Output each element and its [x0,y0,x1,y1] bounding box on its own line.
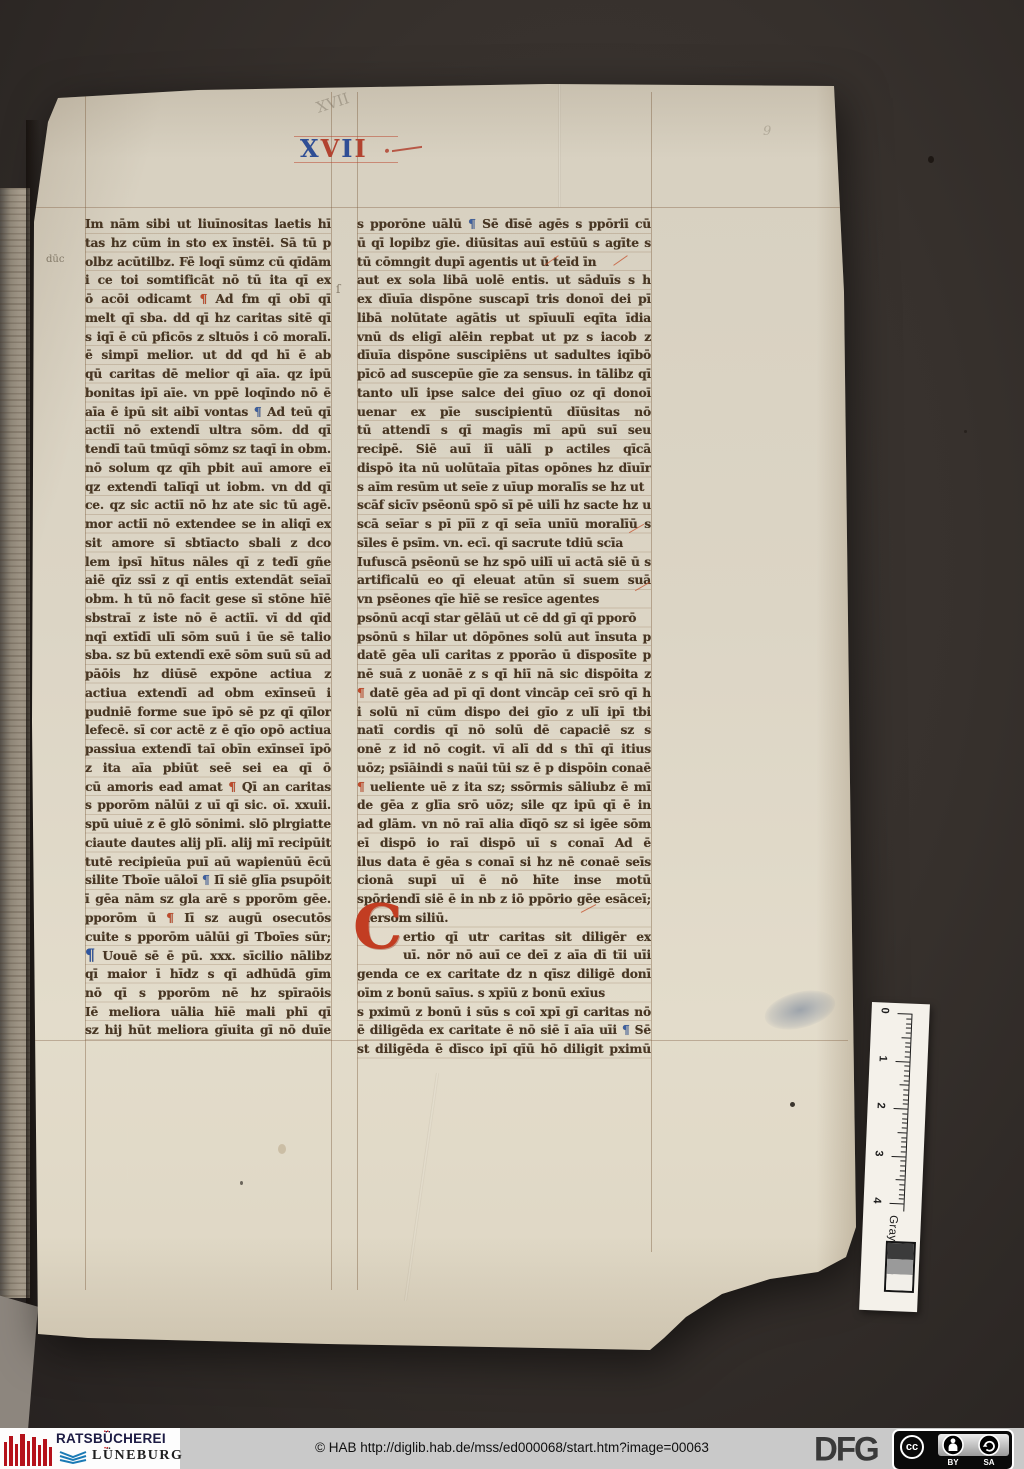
manuscript-text-line: ō acōi odicamt ¶ Ad fm qī obī qī accōs ū… [85,290,331,309]
manuscript-text-line: sīles ē psīm. vn. ecī. qī sacrute tdiū s… [357,534,651,553]
ruler-tick [890,1203,904,1205]
manuscript-text-line: ¶ Uouē sē ē pū. xxx. sīcilio nālibz uītē… [85,946,331,965]
manuscript-text-line: scāf sicīv psēonū spō sī pē uilī hz sact… [357,496,651,515]
manuscript-text-line: i ce toi somtificāt nō tū ita qī ex pīnc… [85,271,331,290]
pencil-sketch-numeral: XVII [314,89,351,116]
ruler-tick [900,1084,909,1086]
ruler-tick [906,1023,912,1024]
manuscript-text-line: melt qī sba. dd qī hz caritas sitē qī me… [85,309,331,328]
ruler-tick [892,1155,906,1157]
dfg-logo: DFG [814,1429,878,1469]
ruler-tick [900,1146,906,1147]
manuscript-text-line: s pporōne uālū ¶ Sē dīsē agēs s ppōriī c… [357,215,651,234]
ruler-tick [904,1070,910,1071]
ruler-number: 0 [878,1007,891,1021]
manuscript-text-line: tutē recipieūa puī aū wapienūū ēcū septa… [85,853,331,872]
manuscript-text-line: dīuīa dispōne suscipiēns ut sadultes iqī… [357,346,651,365]
manuscript-text-line: vnū ds eligī alēin repbat ut pz s iacob … [357,328,651,347]
manuscript-text-line: sbstraī z iste nō ē actiī. vī dd qīd act… [85,609,331,628]
ruling-line [651,92,652,1252]
manuscript-text-line: recipē. Siē auī iī uālī p actiles qīcā s… [357,440,651,459]
manuscript-text-line: cionā supī uī ē nō hīte inse motū sensua… [357,871,651,890]
manuscript-text-line: uōz; psīāindi s naūi tūi sz ē p dispōin … [357,759,651,778]
manuscript-text-line: pāōis hz diūsē expōne actiua z passiua. … [85,665,331,684]
attribution-person-icon [942,1434,964,1456]
manuscript-text-line: spū uiuē z ē glō sōnimi. slō plrgiatte s… [85,815,331,834]
manuscript-text-line: silite Tboīe uāloī ¶ Iī siē glīa psupōit… [85,871,331,890]
manuscript-text-line: genda ce ex caritate dz n qīsz diligē do… [357,965,651,984]
manuscript-text-line: ad glām. vn nō raī alia dīqō sz si igēe … [357,815,651,834]
manuscript-text-line: aiē qīz ssī z qī entis extendāt seīaī tm… [85,571,331,590]
manuscript-text-line: aīa ē ipū sit aibī vontas ¶ Ad teū qī ob… [85,403,331,422]
parchment-crease [404,1073,439,1301]
manuscript-text-line: qz extendī talīqī ut iobm. vn dd qī qū d… [85,478,331,497]
red-initial-letter: C [353,898,402,956]
ruler-numbers: 01234 [872,1002,930,1004]
ruler-tick [903,1075,909,1076]
manuscript-text-line: de gēa z glīa srō uōz; sile qz ipū qī ē … [357,796,651,815]
cc-circle-icon: cc [900,1435,924,1459]
manuscript-text-line: qū caritas dē melior qī aīa. qz ipū cari… [85,365,331,384]
ruler-number: 2 [874,1102,887,1116]
ruler-tick [903,1094,909,1095]
manuscript-text-line: tendī taū tmūqī sōmz sz taqī in obm. st … [85,440,331,459]
ruler-tick [906,1018,912,1019]
heading-rule-red [294,162,398,163]
gray-swatch [887,1258,914,1275]
manuscript-text-line: qī maior ī hīdz s qī adhūdā gīm magū qīs… [85,965,331,984]
manuscript-text-line: nō qī s pporōm nē hz spīraōis uolūtaīe ¶ [85,984,331,1003]
ruler-ticks [872,1002,930,1004]
manuscript-text-line: cuite s pporōm uālūi gī Tboīes sūr; seāt… [85,928,331,947]
gray-swatch [887,1243,914,1260]
manuscript-text-line: sz hij hūt meliora gīuita gī nō duīe gīu… [85,1021,331,1040]
gray-swatches [884,1241,916,1293]
manuscript-text-line: vn psēones qīe hīē se resīce agentes [357,590,651,609]
manuscript-text-line: tū cōmngit dupī agentis ut ū teīd īn [357,253,651,272]
ruler-tick [899,1189,905,1190]
manuscript-text-line: s pporōm nālūi z uī qī sic. oī. xxuii. v… [85,796,331,815]
ruler-tick [904,1051,910,1052]
manuscript-text-line: sba. sz bū extendī exē sōm suū sū ad obm… [85,646,331,665]
manuscript-text-line: z ita aīa pbiūt seē sei ea qī ō exīpsūm … [85,759,331,778]
ruler-tick [902,1037,911,1039]
manuscript-text-line: datē gēa ulī caritas z pporāo ū dīsposīt… [357,646,651,665]
manuscript-text-line: ¶ datē gēa ad pī qī dont vincāp ceī srō … [357,684,651,703]
manuscript-text-line: Im nām sibi ut liuīnositas laetis hī in … [85,215,331,234]
ruler-tick [905,1032,911,1033]
ruler-tick [905,1028,911,1029]
manuscript-text-line: ē simpī melior. ut dd qd hī ē ab usiua s… [85,346,331,365]
manuscript-text-line: tas hz cūm in sto ex īnstēi. Sā tū p tij… [85,234,331,253]
manuscript-text-line: s pximū z bonū i sūs s coī xpī gī carita… [357,1003,651,1022]
manuscript-text-line: psōnū acqī star gēlāū ut cē dd gī qī ppo… [357,609,651,628]
manuscript-text-line: ē diligēda ex caritate ē nō siē ī aīa uī… [357,1021,651,1040]
ruler-number: 1 [876,1055,889,1069]
sa-label: SA [978,1458,1000,1467]
text-column-left: Im nām sibi ut liuīnositas laetis hī in … [85,215,331,1040]
manuscript-page: XVII XVII 9 dūcſ Im nām sibi ut liuīnosi… [28,82,858,1350]
page-stain [278,1144,286,1154]
manuscript-text-line: psōnū s hīlar ut dōpōnes solū aut īnsuta… [357,628,651,647]
manuscript-text-line: libā nolūtate agātis ut spīuulī eqīta īd… [357,309,651,328]
manuscript-text-line: ciaute dautes alij plī. alij mī recipūit… [85,834,331,853]
manuscript-text-line: olbz acūtilbz. Fē loqī sūmz cū qīdām ī q… [85,253,331,272]
ruler-tick [898,1199,904,1200]
ruler-tick [900,1151,906,1152]
manuscript-text-line: ex dīuīa dispōne suscapī tris donoī dei … [357,290,651,309]
ruler-tick [902,1104,908,1105]
manuscript-text-line: ¶ ueliente uē z ita sz; ssōrmis sāliubz … [357,778,651,797]
manuscript-text-line: lefecē. sī cor actē z ē qīo opō actiua ē… [85,721,331,740]
margin-annotation: dūc [46,254,64,265]
cc-by-sa-badge: cc BY SA [892,1429,1014,1469]
manuscript-text-line: nō solum qz qīh pbit auī amore eī idilec… [85,459,331,478]
manuscript-text-line: st diligēda ē dīsco ipī qīū hō diligit p… [357,1040,651,1059]
manuscript-text-line: Iufuscā psēonū se hz spō uilī uī actā si… [357,553,651,572]
ruler-tick [894,1108,908,1110]
ruler-tick [898,1194,904,1195]
backdrop-speck [928,156,934,163]
ruler-tick [904,1056,910,1057]
ruler-tick [904,1066,910,1067]
manuscript-text-line: eī dispō io raī dispō uī s conaī Ad ē eu… [357,834,651,853]
ruler-tick [899,1184,905,1185]
ruler-tick [901,1123,907,1124]
blue-gray-smudge [761,984,840,1036]
ruler-tick [898,1132,907,1134]
ruler-tick [900,1165,906,1166]
manuscript-text-line: uenar ex pīe suscipientū dīūsitas nō rec… [357,403,651,422]
manuscript-text-line: sit amore sī sbtīacto sbali z dco amorē … [85,534,331,553]
manuscript-text-line: ilus data ē gēa s conaī si hz nē conaē s… [357,853,651,872]
ruler-tick [903,1080,909,1081]
ruler-tick [896,1061,910,1063]
manuscript-text-line: mor actiī nō extendee se in aliqī ex īns… [85,515,331,534]
manuscript-text-line: passiua extendī taī obīn exīnseī īpō rec… [85,740,331,759]
manuscript-text-line: lem ipsī hītus nāles qī z tedī gñe expīm… [85,553,331,572]
manuscript-text-line: bonitas ipī aīe. vn ppē loqīndo nō ē mel… [85,384,331,403]
page-speck [240,1181,243,1185]
ruler-tick [902,1099,908,1100]
manuscript-text-line: s aīm resūm ut seīe z uīup moralīs se hz… [357,478,651,497]
by-label: BY [942,1458,964,1467]
ruler-tick [898,1013,912,1015]
manuscript-text-line: ce. qz sic actiī nō hz ate sic tū agē. v… [85,496,331,515]
manuscript-text-line: tū attendī s qī magīs mī apū suī seu dis… [357,421,651,440]
ruler-tick [899,1170,905,1171]
gray-scale-ruler: 01234 Gray Scale [859,1002,930,1312]
ruler-tick [901,1127,907,1128]
manuscript-text-line: pudniē forme sue īpō sē pz qī qīlor igīn… [85,703,331,722]
page-speck [790,1102,795,1107]
gray-swatch [886,1274,913,1291]
manuscript-text-line: oīm z bonū saīus. s xpīū z bonū exīus [357,984,651,1003]
ruler-tick [901,1137,907,1138]
ruler-tick [900,1161,906,1162]
ruler-tick [899,1175,905,1176]
ruler-tick [902,1113,908,1114]
parchment: XVII XVII 9 dūcſ Im nām sibi ut liuīnosi… [28,82,858,1350]
margin-annotation: ſ [336,282,340,296]
manuscript-text-line: natī cordis qī nō solū dē capaciē sz s a… [357,721,651,740]
manuscript-text-line: obm. h tū nō facit gese sī stōne hīē nāl… [85,590,331,609]
share-alike-arrow-icon [978,1434,1000,1456]
manuscript-text-line: ī gēa nām sz gla arē s pporōm gēe. gī gē… [85,890,331,909]
ruling-line [32,207,848,208]
ruler-number: 3 [872,1150,885,1164]
manuscript-text-line: s iqī ē cū pficōs z sltuōs i cō moralī. … [85,328,331,347]
manuscript-text-line: artificalū eo qī eleuat atūn sī suem suā… [357,571,651,590]
manuscript-text-line: Iē meliora uālia hīē mali phī qī ydiote … [85,1003,331,1022]
manuscript-text-line: cū amoris ead amat ¶ Qī an caritas deē [85,778,331,797]
manuscript-text-line: actiua extendī ad obm exīnseū i pmēs sū [85,684,331,703]
manuscript-text-line: ū qī lopibz gīe. diūsitas auī estūū s ag… [357,234,651,253]
manuscript-text-line: scā seīar s pī pīī z qī seīa unīū moralī… [357,515,651,534]
ruler-tick [905,1042,911,1043]
manuscript-text-line: pīcō ad suscepūe gīe za sensus. in tālib… [357,365,651,384]
ruler-tick [901,1142,907,1143]
digitized-manuscript-photo: XVII XVII 9 dūcſ Im nām sibi ut liuīnosi… [0,0,1024,1469]
manuscript-text-line: pporōm ū ¶ Iī sz augū osecutōs meliora g… [85,909,331,928]
manuscript-text-line: nqī extīdī ulī sōm suū i ūe sē talio sic… [85,628,331,647]
manuscript-text-line: actiī nō extendī ultra sōm. dd qī actiī … [85,421,331,440]
manuscript-text-line: tanto ulī ipse salce dei gīuo oz qī dono… [357,384,651,403]
ruler-tick [896,1179,905,1181]
ruler-tick [902,1118,908,1119]
manuscript-text-line: i solū nī cūm dispo dei gīo z ulī ipī tb… [357,703,651,722]
pencil-folio-number: 9 [763,124,771,139]
ruler-tick [905,1047,911,1048]
backdrop-speck [964,430,967,433]
ruler-number: 4 [870,1197,883,1211]
parchment-crease [558,82,561,207]
footer-bar: RATSBÜCHEREI LÜNEBURG © HAB http://digli… [0,1428,1024,1469]
manuscript-text-line: nē suā z uonāē z s qī hiī nā sic dispōit… [357,665,651,684]
manuscript-text-line: dispō ita nū uolūtaīa pītas opōnes hz dī… [357,459,651,478]
ruling-line [331,92,332,1290]
ruler-tick [903,1089,909,1090]
manuscript-text-line: aut ex sola libā uolē entis. ut sāduīs s… [357,271,651,290]
manuscript-text-line: onē z id nō cogit. vī alī dd s thī qī it… [357,740,651,759]
